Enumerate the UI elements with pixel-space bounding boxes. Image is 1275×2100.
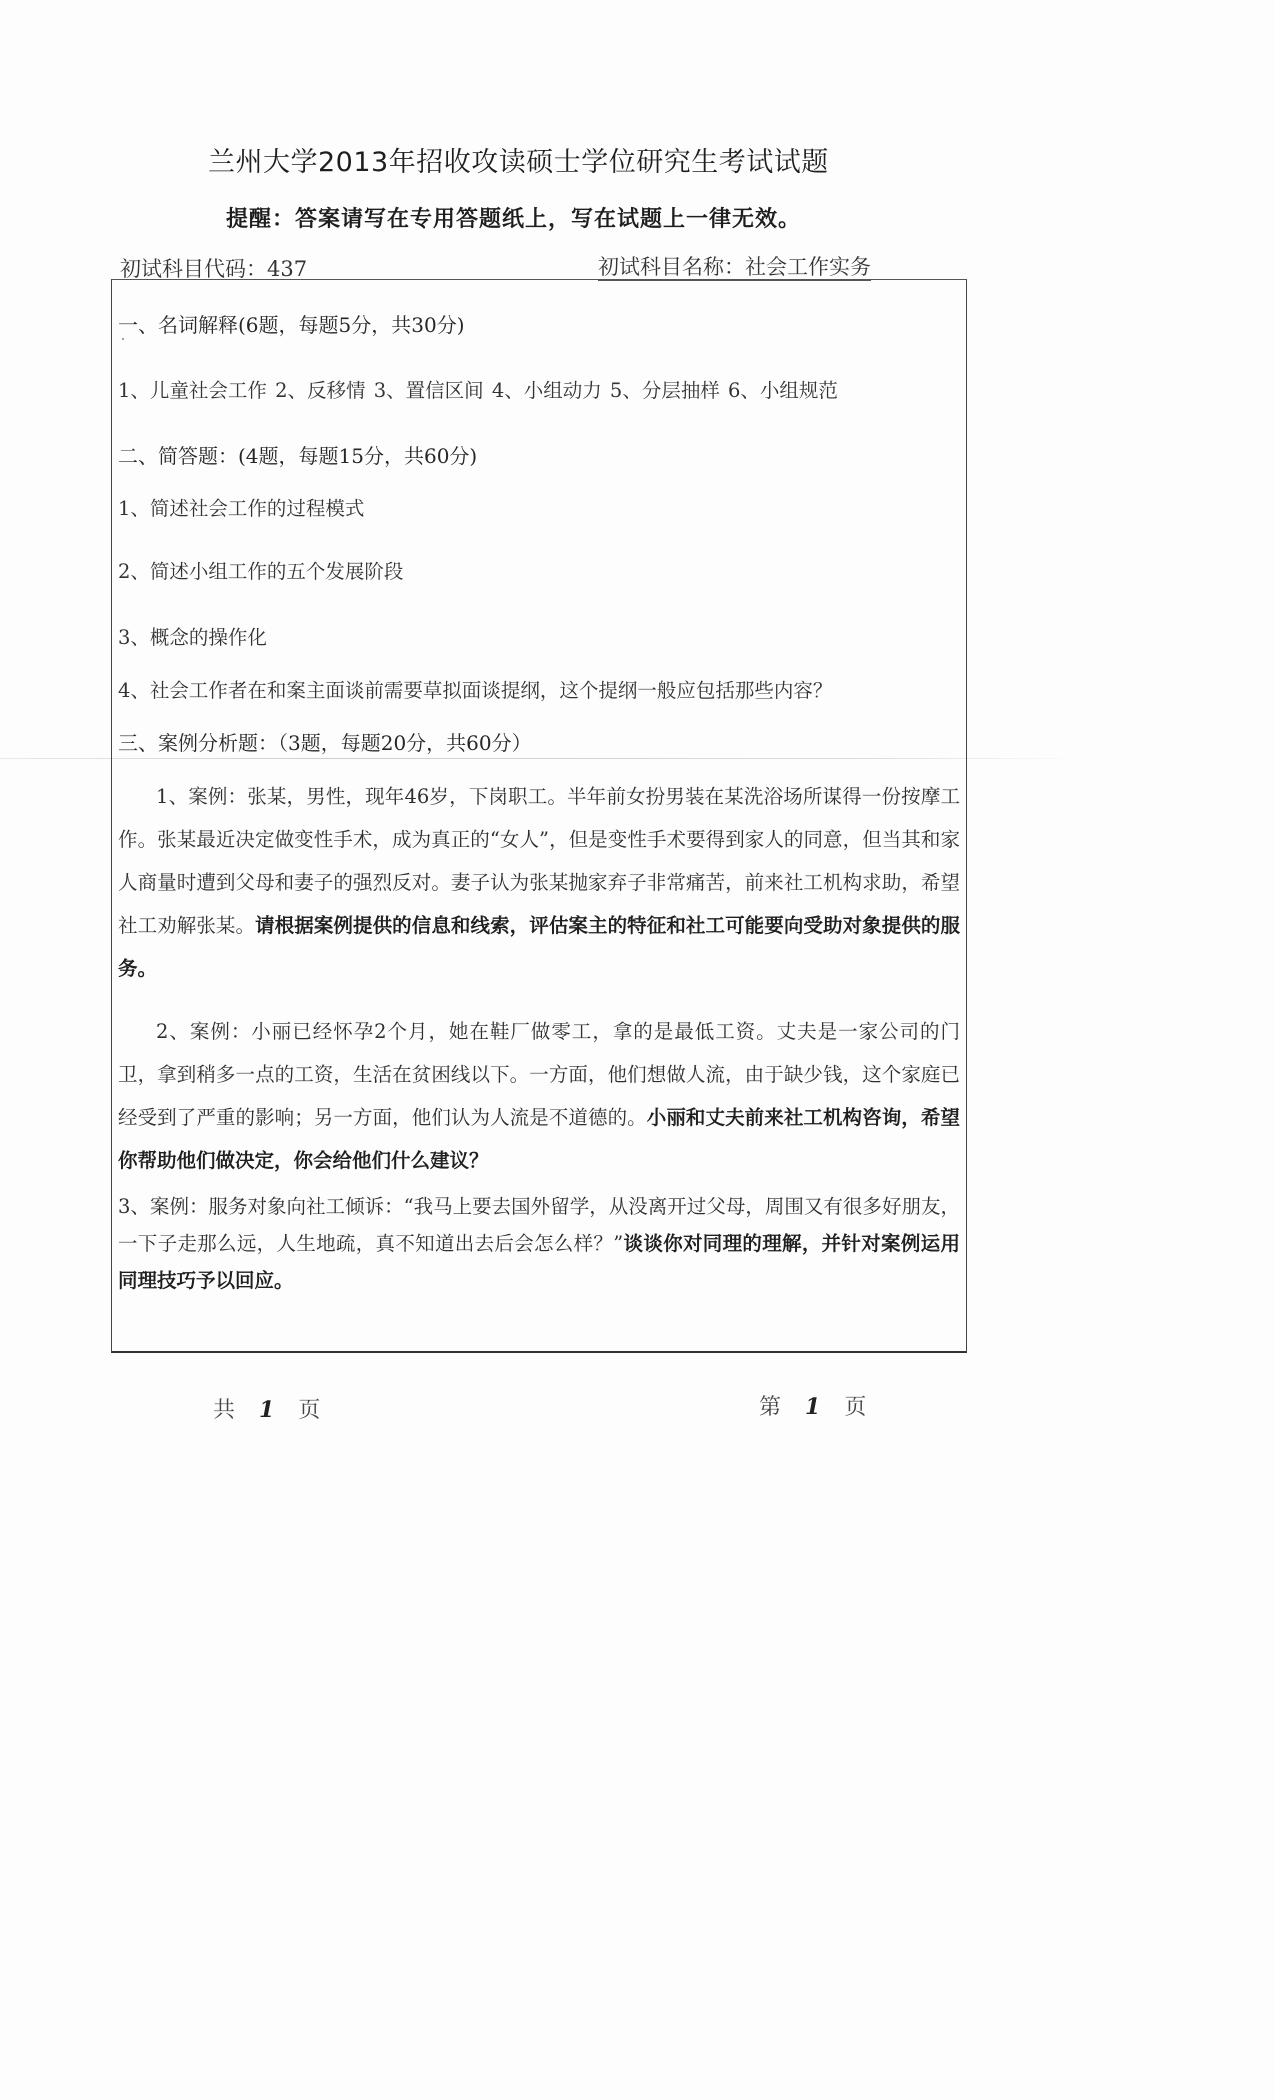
current-suffix: 页 [844, 1395, 868, 1420]
subject-name: 初试科目名称：社会工作实务 [598, 251, 871, 281]
subject-name-field: 初试科目名称：社会工作实务 [598, 255, 871, 281]
total-pages: 共1页 [213, 1393, 322, 1424]
case-1: 1、案例：张某，男性，现年46岁，下岗职工。半年前女扮男装在某洗浴场所谋得一份按… [118, 775, 960, 990]
short-answer-item-4: 4、社会工作者在和案主面谈前需要草拟面谈提纲，这个提纲一般应包括那些内容？ [118, 675, 832, 703]
section-3-heading: 三、案例分析题：（3题，每题20分，共60分） [118, 727, 532, 756]
section-1-heading: 一、名词解释(6题，每题5分，共30分) [118, 309, 465, 338]
subject-code-label: 初试科目代码： [120, 257, 267, 281]
short-answer-item-3: 3、概念的操作化 [118, 622, 267, 650]
current-page: 第1页 [759, 1390, 868, 1421]
case-2: 2、案例：小丽已经怀孕2个月，她在鞋厂做零工，拿的是最低工资。丈夫是一家公司的门… [118, 1010, 960, 1182]
exam-title: 兰州大学2013年招收攻读硕士学位研究生考试试题 [208, 140, 829, 179]
total-suffix: 页 [298, 1398, 322, 1423]
subject-name-label: 初试科目名称： [598, 255, 745, 279]
section-1-terms: 1、儿童社会工作 2、反移情 3、置信区间 4、小组动力 5、分层抽样 6、小组… [118, 375, 838, 403]
current-prefix: 第 [759, 1395, 783, 1420]
section-2-heading: 二、简答题：(4题，每题15分，共60分) [118, 440, 477, 469]
short-answer-item-2: 2、简述小组工作的五个发展阶段 [118, 556, 403, 584]
total-prefix: 共 [213, 1398, 237, 1423]
scan-speck [122, 338, 124, 340]
current-page-value: 1 [805, 1394, 822, 1420]
short-answer-item-1: 1、简述社会工作的过程模式 [118, 493, 364, 521]
subject-code-value: 437 [267, 257, 307, 281]
exam-notice: 提醒：答案请写在专用答题纸上，写在试题上一律无效。 [226, 202, 801, 233]
exam-page: 兰州大学2013年招收攻读硕士学位研究生考试试题 提醒：答案请写在专用答题纸上，… [0, 0, 1275, 2100]
total-pages-value: 1 [259, 1397, 276, 1423]
subject-name-value: 社会工作实务 [745, 255, 871, 279]
case-3: 3、案例：服务对象向社工倾诉：“我马上要去国外留学，从没离开过父母，周围又有很多… [118, 1188, 960, 1299]
